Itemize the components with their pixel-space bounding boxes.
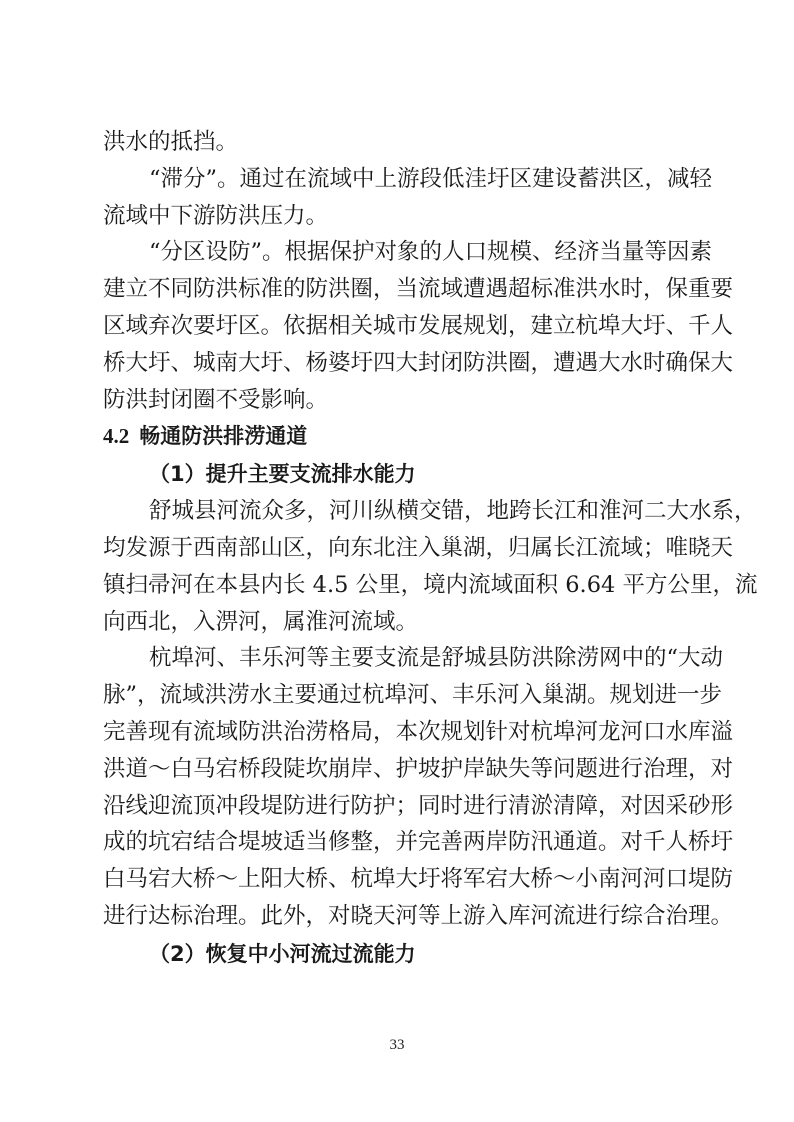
document-page: 洪水的抵挡。 “滞分”。通过在流域中上游段低洼圩区建设蓄洪区，减轻 流域中下游防… <box>103 124 693 973</box>
paragraph-line: 均发源于西南部山区，向东北注入巢湖，归属长江流域；唯晓天 <box>103 530 693 567</box>
section-title: 畅通防洪排涝通道 <box>139 424 307 448</box>
paragraph-line: 杭埠河、丰乐河等主要支流是舒城县防洪除涝网中的“大动 <box>103 640 693 677</box>
section-number: 4.2 <box>103 424 129 448</box>
paragraph-line: 洪水的抵挡。 <box>103 124 693 161</box>
paragraph-line: 建立不同防洪标准的防洪圈，当流域遭遇超标准洪水时，保重要 <box>103 271 693 308</box>
paragraph-line: 向西北，入淠河，属淮河流域。 <box>103 604 693 641</box>
paragraph-line: 进行达标治理。此外，对晓天河等上游入库河流进行综合治理。 <box>103 898 693 935</box>
subsection-heading-2: （2）恢复中小河流过流能力 <box>103 935 693 973</box>
subsection-heading-1: （1）提升主要支流排水能力 <box>103 455 693 493</box>
section-heading: 4.2畅通防洪排涝通道 <box>103 418 693 455</box>
paragraph-line: 洪道～白马宕桥段陡坎崩岸、护坡护岸缺失等问题进行治理，对 <box>103 751 693 788</box>
paragraph-line: “分区设防”。根据保护对象的人口规模、经济当量等因素 <box>103 234 693 271</box>
paragraph-line: 成的坑宕结合堤坡适当修整，并完善两岸防汛通道。对千人桥圩 <box>103 824 693 861</box>
paragraph-line: 防洪封闭圈不受影响。 <box>103 382 693 419</box>
paragraph-line: 脉”，流域洪涝水主要通过杭埠河、丰乐河入巢湖。规划进一步 <box>103 677 693 714</box>
paragraph-line: 区域弃次要圩区。依据相关城市发展规划，建立杭埠大圩、千人 <box>103 308 693 345</box>
paragraph-line: 流域中下游防洪压力。 <box>103 198 693 235</box>
paragraph-line: 沿线迎流顶冲段堤防进行防护；同时进行清淤清障，对因采砂形 <box>103 788 693 825</box>
paragraph-line: 镇扫帚河在本县内长 4.5 公里，境内流域面积 6.64 平方公里，流 <box>103 567 693 604</box>
paragraph-line: 舒城县河流众多，河川纵横交错，地跨长江和淮河二大水系， <box>103 493 693 530</box>
paragraph-line: “滞分”。通过在流域中上游段低洼圩区建设蓄洪区，减轻 <box>103 161 693 198</box>
paragraph-line: 完善现有流域防洪治涝格局，本次规划针对杭埠河龙河口水库溢 <box>103 714 693 751</box>
page-number: 33 <box>0 1037 794 1054</box>
paragraph-line: 白马宕大桥～上阳大桥、杭埠大圩将军宕大桥～小南河河口堤防 <box>103 861 693 898</box>
paragraph-line: 桥大圩、城南大圩、杨婆圩四大封闭防洪圈，遭遇大水时确保大 <box>103 345 693 382</box>
